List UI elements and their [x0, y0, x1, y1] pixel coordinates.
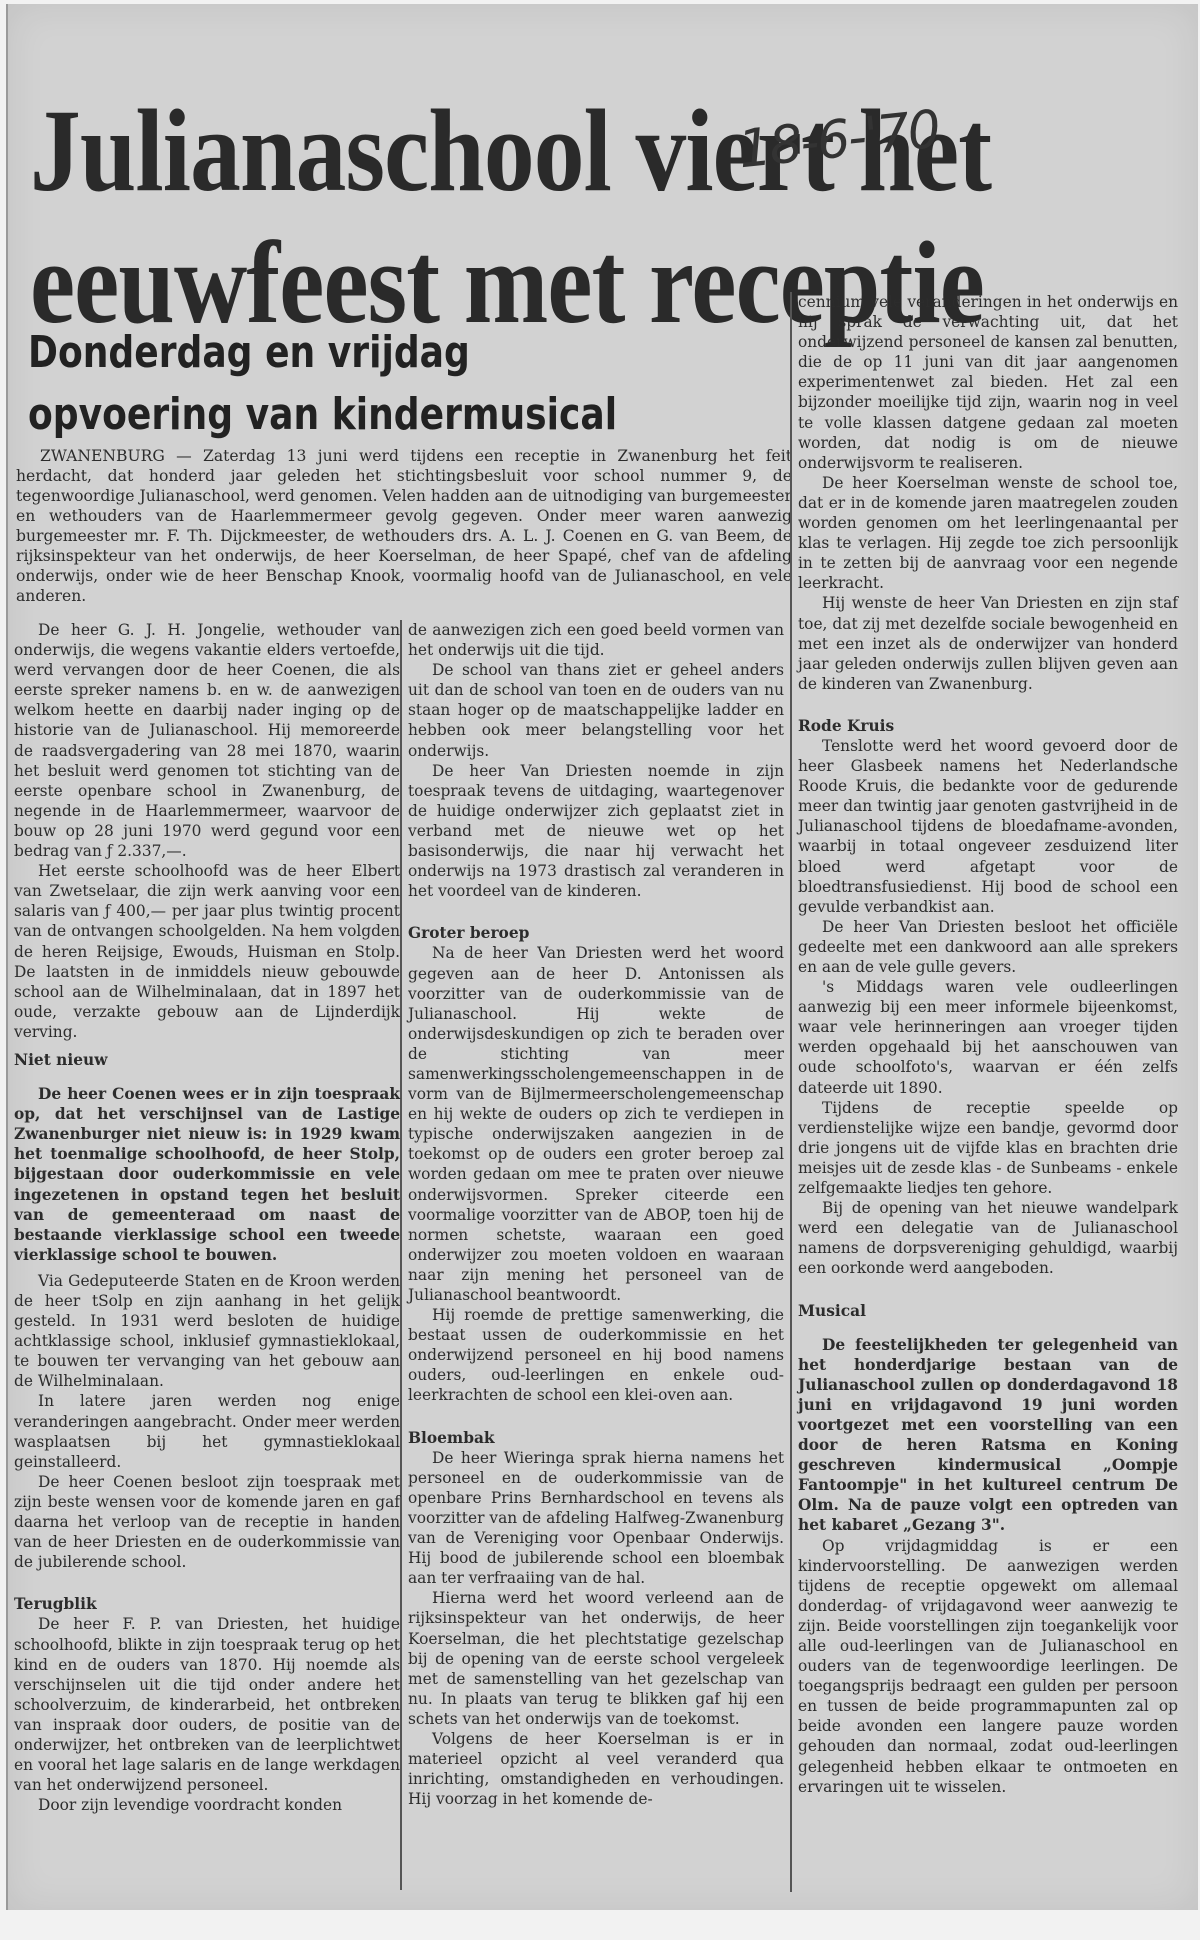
paragraph: Na de heer Van Driesten werd het woord g…: [408, 943, 784, 1305]
paragraph: Het eerste schoolhoofd was de heer Elber…: [14, 861, 400, 1042]
paragraph: De heer Wieringa sprak hierna namens het…: [408, 1448, 784, 1589]
paragraph: De heer Van Driesten besloot het officië…: [798, 917, 1178, 977]
paragraph: Hij wenste de heer Van Driesten en zijn …: [798, 593, 1178, 693]
section-heading: Terugblik: [14, 1594, 400, 1614]
section-heading: Bloembak: [408, 1428, 784, 1448]
paragraph: De heer G. J. H. Jongelie, wethouder van…: [14, 620, 400, 861]
paragraph: 's Middags waren vele oudleerlingen aanw…: [798, 977, 1178, 1098]
paragraph: cennium vele veranderingen in het onderw…: [798, 292, 1178, 473]
subheadline: Donderdag en vrijdag opvoering van kinde…: [28, 322, 651, 446]
paragraph: De heer Coenen wees er in zijn toespraak…: [14, 1084, 400, 1265]
paragraph: De heer F. P. van Driesten, het huidige …: [14, 1614, 400, 1795]
lead-paragraph: ZWANENBURG — Zaterdag 13 juni werd tijde…: [16, 446, 792, 606]
article-column-3: cennium vele veranderingen in het onderw…: [798, 292, 1178, 1797]
paragraph: de aanwezigen zich een goed beeld vormen…: [408, 620, 784, 660]
paragraph: De heer Van Driesten noemde in zijn toes…: [408, 761, 784, 902]
section-heading: Musical: [798, 1301, 1178, 1321]
paragraph: De heer Koerselman wenste de school toe,…: [798, 473, 1178, 594]
paragraph: Tenslotte werd het woord gevoerd door de…: [798, 736, 1178, 917]
paragraph: Tijdens de receptie speelde op verdienst…: [798, 1098, 1178, 1198]
section-heading: Niet nieuw: [14, 1050, 400, 1070]
paragraph: De heer Coenen besloot zijn toespraak me…: [14, 1472, 400, 1572]
paragraph: Hij roemde de prettige samenwerking, die…: [408, 1305, 784, 1405]
paragraph: De feestelijkheden ter gelegenheid van h…: [798, 1335, 1178, 1536]
paragraph: Hierna werd het woord verleend aan de ri…: [408, 1588, 784, 1729]
article-column-1: De heer G. J. H. Jongelie, wethouder van…: [14, 620, 400, 1815]
article-column-2: de aanwezigen zich een goed beeld vormen…: [408, 620, 784, 1809]
paragraph: De school van thans ziet er geheel ander…: [408, 660, 784, 760]
paragraph: Op vrijdagmiddag is er een kindervoorste…: [798, 1536, 1178, 1797]
column-divider: [400, 620, 402, 1890]
section-heading: Rode Kruis: [798, 716, 1178, 736]
paragraph: Bij de opening van het nieuwe wandelpark…: [798, 1198, 1178, 1278]
paragraph: In latere jaren werden nog enige verande…: [14, 1391, 400, 1471]
section-heading: Groter beroep: [408, 923, 784, 943]
paragraph: Volgens de heer Koerselman is er in mate…: [408, 1729, 784, 1809]
column-divider: [790, 292, 792, 1892]
paragraph: Via Gedeputeerde Staten en de Kroon werd…: [14, 1271, 400, 1392]
paragraph: Door zijn levendige voordracht konden: [14, 1795, 400, 1815]
